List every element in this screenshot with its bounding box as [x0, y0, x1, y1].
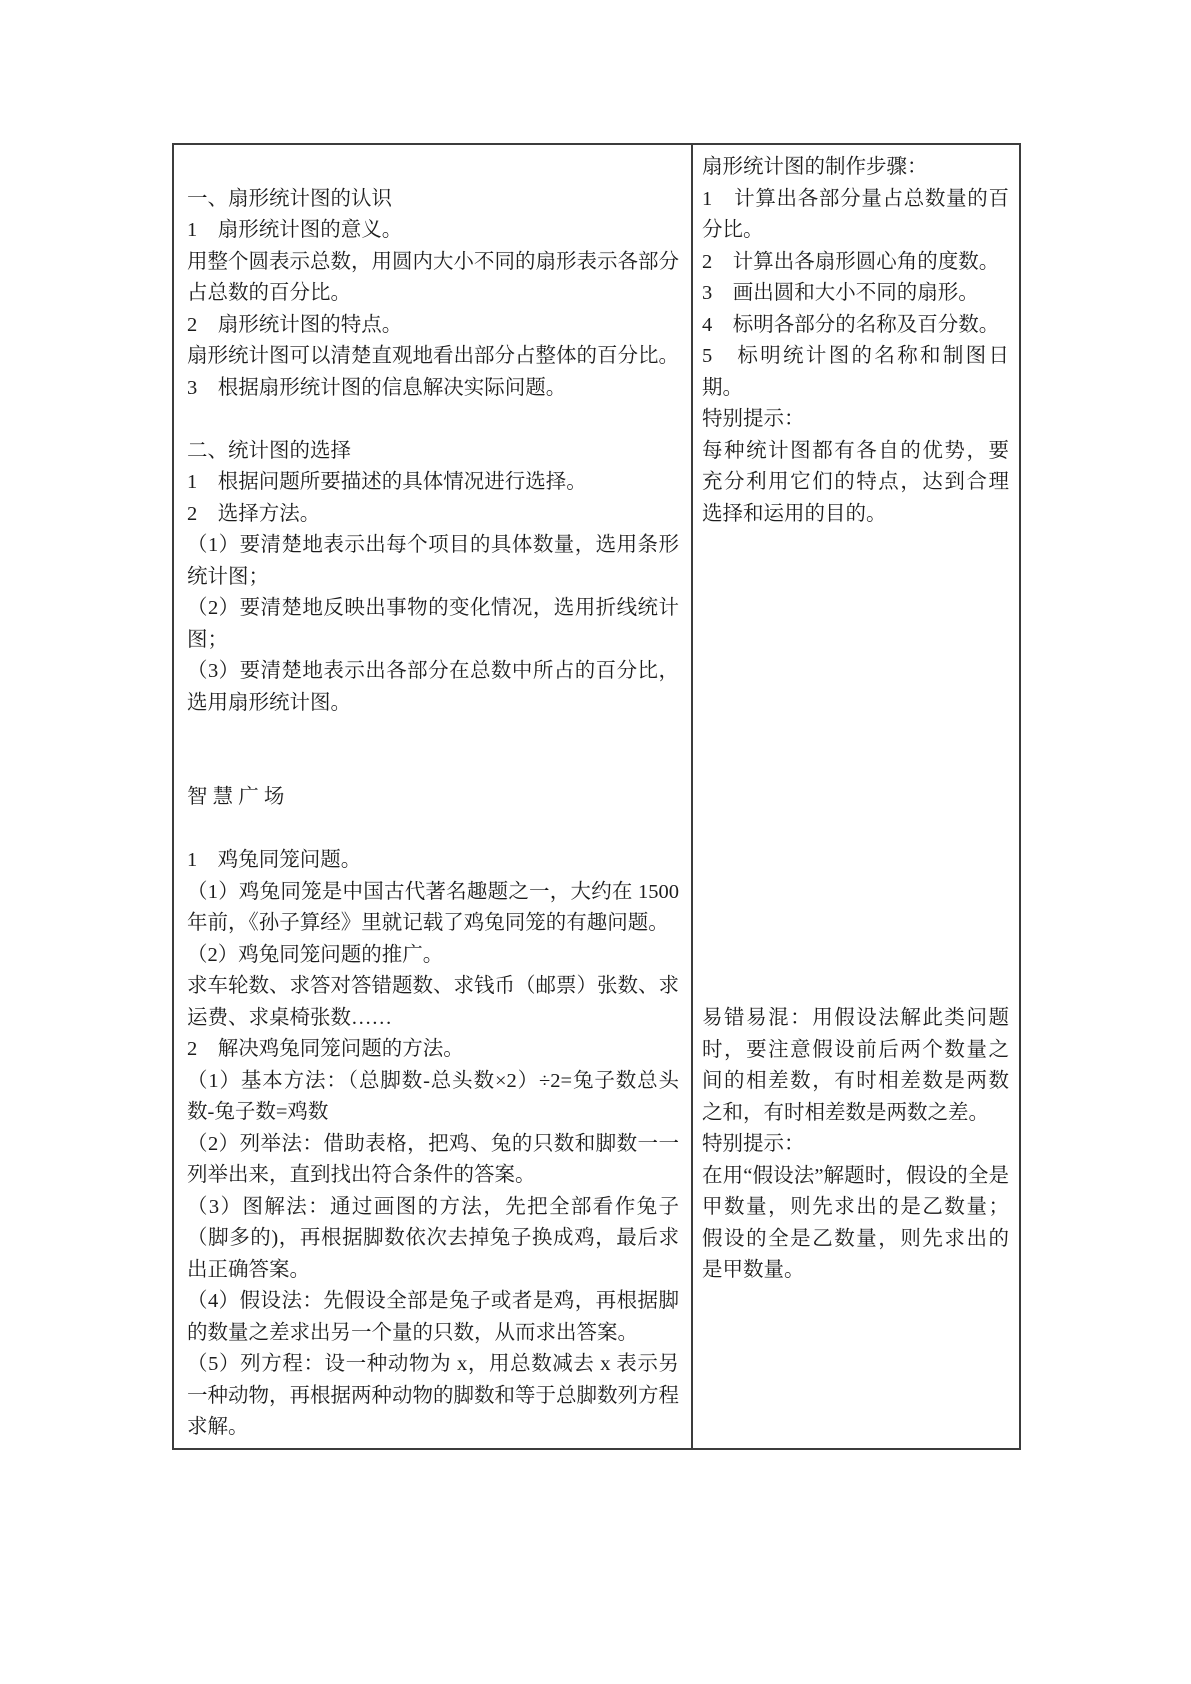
text-line: 用整个圆表示总数，用圆内大小不同的扇形表示各部分占总数的百分比。 [187, 247, 679, 310]
left-column-cell: 一、扇形统计图的认识 1 扇形统计图的意义。 用整个圆表示总数，用圆内大小不同的… [174, 145, 693, 1448]
text-line: 求车轮数、求答对答错题数、求钱币（邮票）张数、求运费、求桌椅张数…… [187, 971, 679, 1034]
text-line: 特别提示： [702, 1129, 1009, 1161]
text-line: （2）列举法：借助表格，把鸡、兔的只数和脚数一一列举出来，直到找出符合条件的答案… [187, 1129, 679, 1192]
text-line: （3）要清楚地表示出各部分在总数中所占的百分比，选用扇形统计图。 [187, 656, 679, 719]
text-line [187, 404, 679, 436]
text-line: 在用“假设法”解题时，假设的全是甲数量，则先求出的是乙数量；假设的全是乙数量，则… [702, 1161, 1009, 1287]
text-line: （5）列方程：设一种动物为 x，用总数减去 x 表示另一种动物，再根据两种动物的… [187, 1349, 679, 1444]
text-line: 一、扇形统计图的认识 [187, 184, 679, 216]
right-column-bottom-text: 易错易混：用假设法解此类问题时，要注意假设前后两个数量之间的相差数，有时相差数是… [702, 1003, 1009, 1287]
text-line [187, 751, 679, 783]
text-line [187, 152, 679, 184]
text-line: 2 解决鸡兔同笼问题的方法。 [187, 1034, 679, 1066]
text-line: 1 扇形统计图的意义。 [187, 215, 679, 247]
text-line: 2 扇形统计图的特点。 [187, 310, 679, 342]
document-page: 一、扇形统计图的认识 1 扇形统计图的意义。 用整个圆表示总数，用圆内大小不同的… [0, 0, 1191, 1684]
text-line: 1 鸡兔同笼问题。 [187, 845, 679, 877]
text-line: 4 标明各部分的名称及百分数。 [702, 310, 1009, 342]
text-line: 2 选择方法。 [187, 499, 679, 531]
text-line: 二、统计图的选择 [187, 436, 679, 468]
text-line: 3 根据扇形统计图的信息解决实际问题。 [187, 373, 679, 405]
text-line: 每种统计图都有各自的优势，要充分利用它们的特点，达到合理选择和运用的目的。 [702, 436, 1009, 531]
text-line: （4）假设法：先假设全部是兔子或者是鸡，再根据脚的数量之差求出另一个量的只数，从… [187, 1286, 679, 1349]
text-line: 智 慧 广 场 [187, 782, 679, 814]
text-line: （1）要清楚地表示出每个项目的具体数量，选用条形统计图； [187, 530, 679, 593]
text-line [187, 814, 679, 846]
text-line: （1）鸡兔同笼是中国古代著名趣题之一，大约在 1500 年前，《孙子算经》里就记… [187, 877, 679, 940]
text-line: 5 标明统计图的名称和制图日期。 [702, 341, 1009, 404]
text-line: （2）鸡兔同笼问题的推广。 [187, 940, 679, 972]
text-line: 3 画出圆和大小不同的扇形。 [702, 278, 1009, 310]
right-column-top-text: 扇形统计图的制作步骤： 1 计算出各部分量占总数量的百分比。 2 计算出各扇形圆… [702, 152, 1009, 530]
text-line: 易错易混：用假设法解此类问题时，要注意假设前后两个数量之间的相差数，有时相差数是… [702, 1003, 1009, 1129]
right-column-cell: 扇形统计图的制作步骤： 1 计算出各部分量占总数量的百分比。 2 计算出各扇形圆… [693, 145, 1019, 1448]
text-line: 扇形统计图可以清楚直观地看出部分占整体的百分比。 [187, 341, 679, 373]
text-line: 特别提示： [702, 404, 1009, 436]
notes-table: 一、扇形统计图的认识 1 扇形统计图的意义。 用整个圆表示总数，用圆内大小不同的… [172, 143, 1021, 1450]
text-line: （3）图解法：通过画图的方法，先把全部看作兔子（脚多的)，再根据脚数依次去掉兔子… [187, 1192, 679, 1287]
text-line [187, 719, 679, 751]
text-line: 1 根据问题所要描述的具体情况进行选择。 [187, 467, 679, 499]
text-line: 扇形统计图的制作步骤： [702, 152, 1009, 184]
text-line: （2）要清楚地反映出事物的变化情况，选用折线统计图； [187, 593, 679, 656]
text-line: 2 计算出各扇形圆心角的度数。 [702, 247, 1009, 279]
text-line: 1 计算出各部分量占总数量的百分比。 [702, 184, 1009, 247]
left-column-text: 一、扇形统计图的认识 1 扇形统计图的意义。 用整个圆表示总数，用圆内大小不同的… [187, 152, 679, 1444]
text-line: （1）基本方法：（总脚数-总头数×2）÷2=兔子数总头数-兔子数=鸡数 [187, 1066, 679, 1129]
